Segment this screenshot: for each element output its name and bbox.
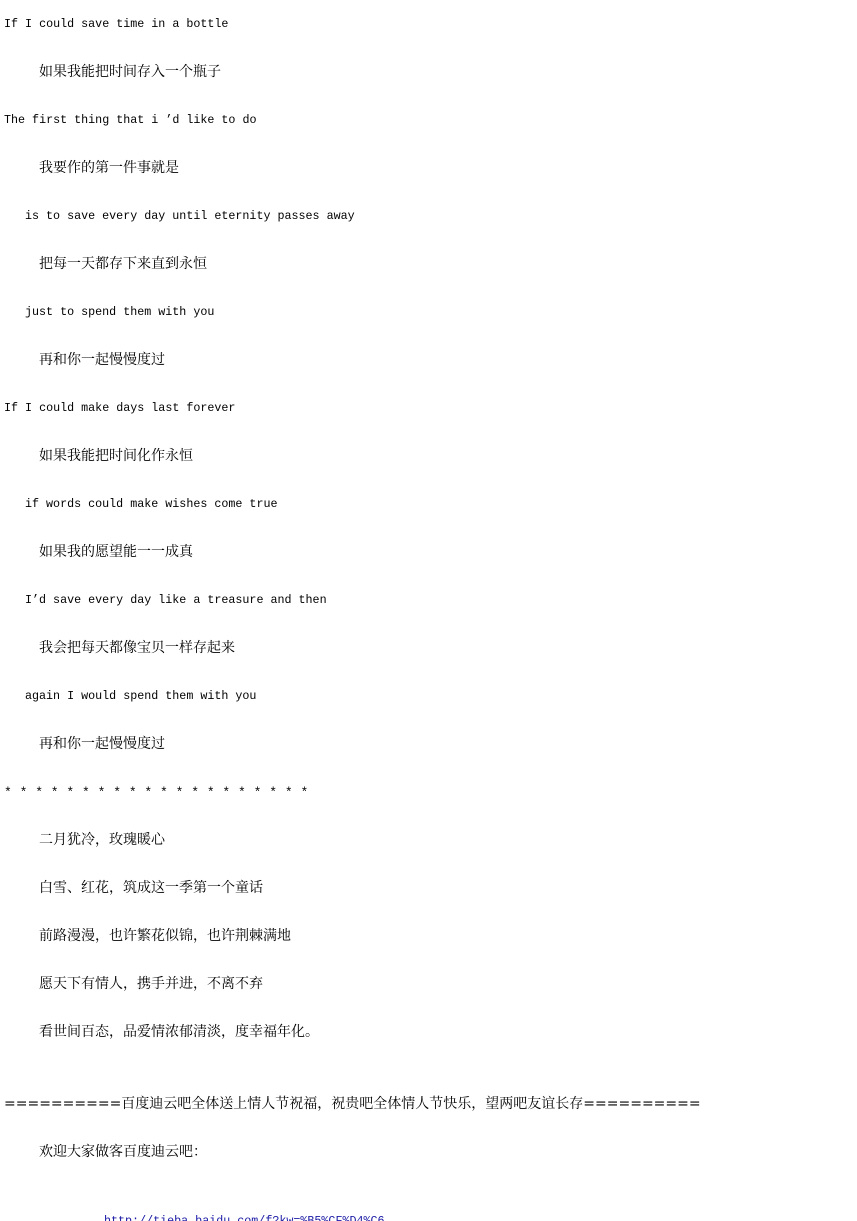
lyric-line-en: is to save every day until eternity pass… bbox=[25, 206, 355, 226]
poem-line: 看世间百态，品爱情浓郁清淡，度幸福年化。 bbox=[39, 1022, 319, 1042]
lyric-line-en: The first thing that i ’d like to do bbox=[4, 110, 257, 130]
lyric-line-zh: 我会把每天都像宝贝一样存起来 bbox=[39, 638, 235, 658]
lyric-line-zh: 如果我能把时间存入一个瓶子 bbox=[39, 62, 221, 82]
lyric-line-en: if words could make wishes come true bbox=[25, 494, 278, 514]
lyric-line-zh: 我要作的第一件事就是 bbox=[39, 158, 179, 178]
lyric-line-en: I’d save every day like a treasure and t… bbox=[25, 590, 327, 610]
poem-line: 前路漫漫，也许繁花似锦，也许荆棘满地 bbox=[39, 926, 291, 946]
lyric-line-en: If I could make days last forever bbox=[4, 398, 235, 418]
lyric-line-en: If I could save time in a bottle bbox=[4, 14, 228, 34]
tieba-link[interactable]: http://tieba.baidu.com/f?kw=%B5%CF%D4%C6 bbox=[104, 1214, 385, 1221]
poem-line: 愿天下有情人，携手并进，不离不弃 bbox=[39, 974, 263, 994]
lyric-line-zh: 把每一天都存下来直到永恒 bbox=[39, 254, 207, 274]
lyric-line-zh: 再和你一起慢慢度过 bbox=[39, 734, 165, 754]
welcome-text: 欢迎大家做客百度迪云吧： bbox=[39, 1142, 207, 1162]
link-container: http://tieba.baidu.com/f?kw=%B5%CF%D4%C6 bbox=[88, 1190, 385, 1210]
lyric-line-en: again I would spend them with you bbox=[25, 686, 256, 706]
lyric-line-zh: 如果我的愿望能一一成真 bbox=[39, 542, 193, 562]
greeting-banner: ==========百度迪云吧全体送上情人节祝福，祝贵吧全体情人节快乐，望两吧友… bbox=[4, 1094, 701, 1114]
lyric-line-zh: 再和你一起慢慢度过 bbox=[39, 350, 165, 370]
asterisk-divider: * * * * * * * * * * * * * * * * * * * * bbox=[4, 783, 308, 803]
lyric-line-zh: 如果我能把时间化作永恒 bbox=[39, 446, 193, 466]
poem-line: 二月犹冷，玫瑰暖心 bbox=[39, 830, 165, 850]
lyric-line-en: just to spend them with you bbox=[25, 302, 214, 322]
poem-line: 白雪、红花，筑成这一季第一个童话 bbox=[39, 878, 263, 898]
